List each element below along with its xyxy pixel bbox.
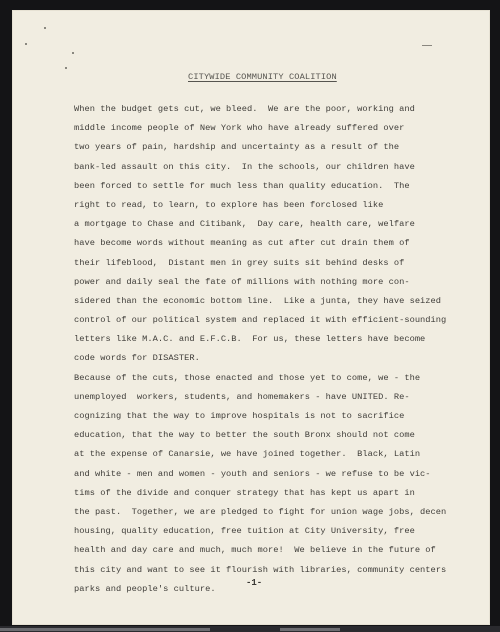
text-line: at the expense of Canarsie, we have join…: [74, 445, 474, 464]
text-line: Because of the cuts, those enacted and t…: [74, 369, 474, 388]
text-line: right to read, to learn, to explore has …: [74, 196, 474, 215]
text-line: and white - men and women - youth and se…: [74, 465, 474, 484]
speck-mark: [44, 27, 46, 29]
text-line: tims of the divide and conquer strategy …: [74, 484, 474, 503]
text-line: When the budget gets cut, we bleed. We a…: [74, 100, 474, 119]
text-line: the past. Together, we are pledged to fi…: [74, 503, 474, 522]
text-line: sidered than the economic bottom line. L…: [74, 292, 474, 311]
text-line: power and daily seal the fate of million…: [74, 273, 474, 292]
text-line: been forced to settle for much less than…: [74, 177, 474, 196]
text-line: have become words without meaning as cut…: [74, 234, 474, 253]
page-number: -1-: [246, 578, 262, 588]
text-line: parks and people's culture.: [74, 580, 474, 599]
text-line: bank-led assault on this city. In the sc…: [74, 158, 474, 177]
document-title: CITYWIDE COMMUNITY COALITION: [188, 72, 337, 82]
text-line: control of our political system and repl…: [74, 311, 474, 330]
text-line: letters like M.A.C. and E.F.C.B. For us,…: [74, 330, 474, 349]
speck-mark: [25, 43, 27, 45]
document-body: When the budget gets cut, we bleed. We a…: [74, 100, 474, 599]
text-line: housing, quality education, free tuition…: [74, 522, 474, 541]
speck-mark: [72, 52, 74, 54]
text-line: unemployed workers, students, and homema…: [74, 388, 474, 407]
text-line: education, that the way to better the so…: [74, 426, 474, 445]
text-line: this city and want to see it flourish wi…: [74, 561, 474, 580]
text-line: two years of pain, hardship and uncertai…: [74, 138, 474, 157]
text-line: middle income people of New York who hav…: [74, 119, 474, 138]
speck-mark: [65, 67, 67, 69]
bottom-frame-strip: [0, 626, 500, 632]
text-line: health and day care and much, much more!…: [74, 541, 474, 560]
pencil-mark: [422, 45, 432, 46]
text-line: a mortgage to Chase and Citibank, Day ca…: [74, 215, 474, 234]
text-line: their lifeblood, Distant men in grey sui…: [74, 254, 474, 273]
text-line: cognizing that the way to improve hospit…: [74, 407, 474, 426]
text-line: code words for DISASTER.: [74, 349, 474, 368]
